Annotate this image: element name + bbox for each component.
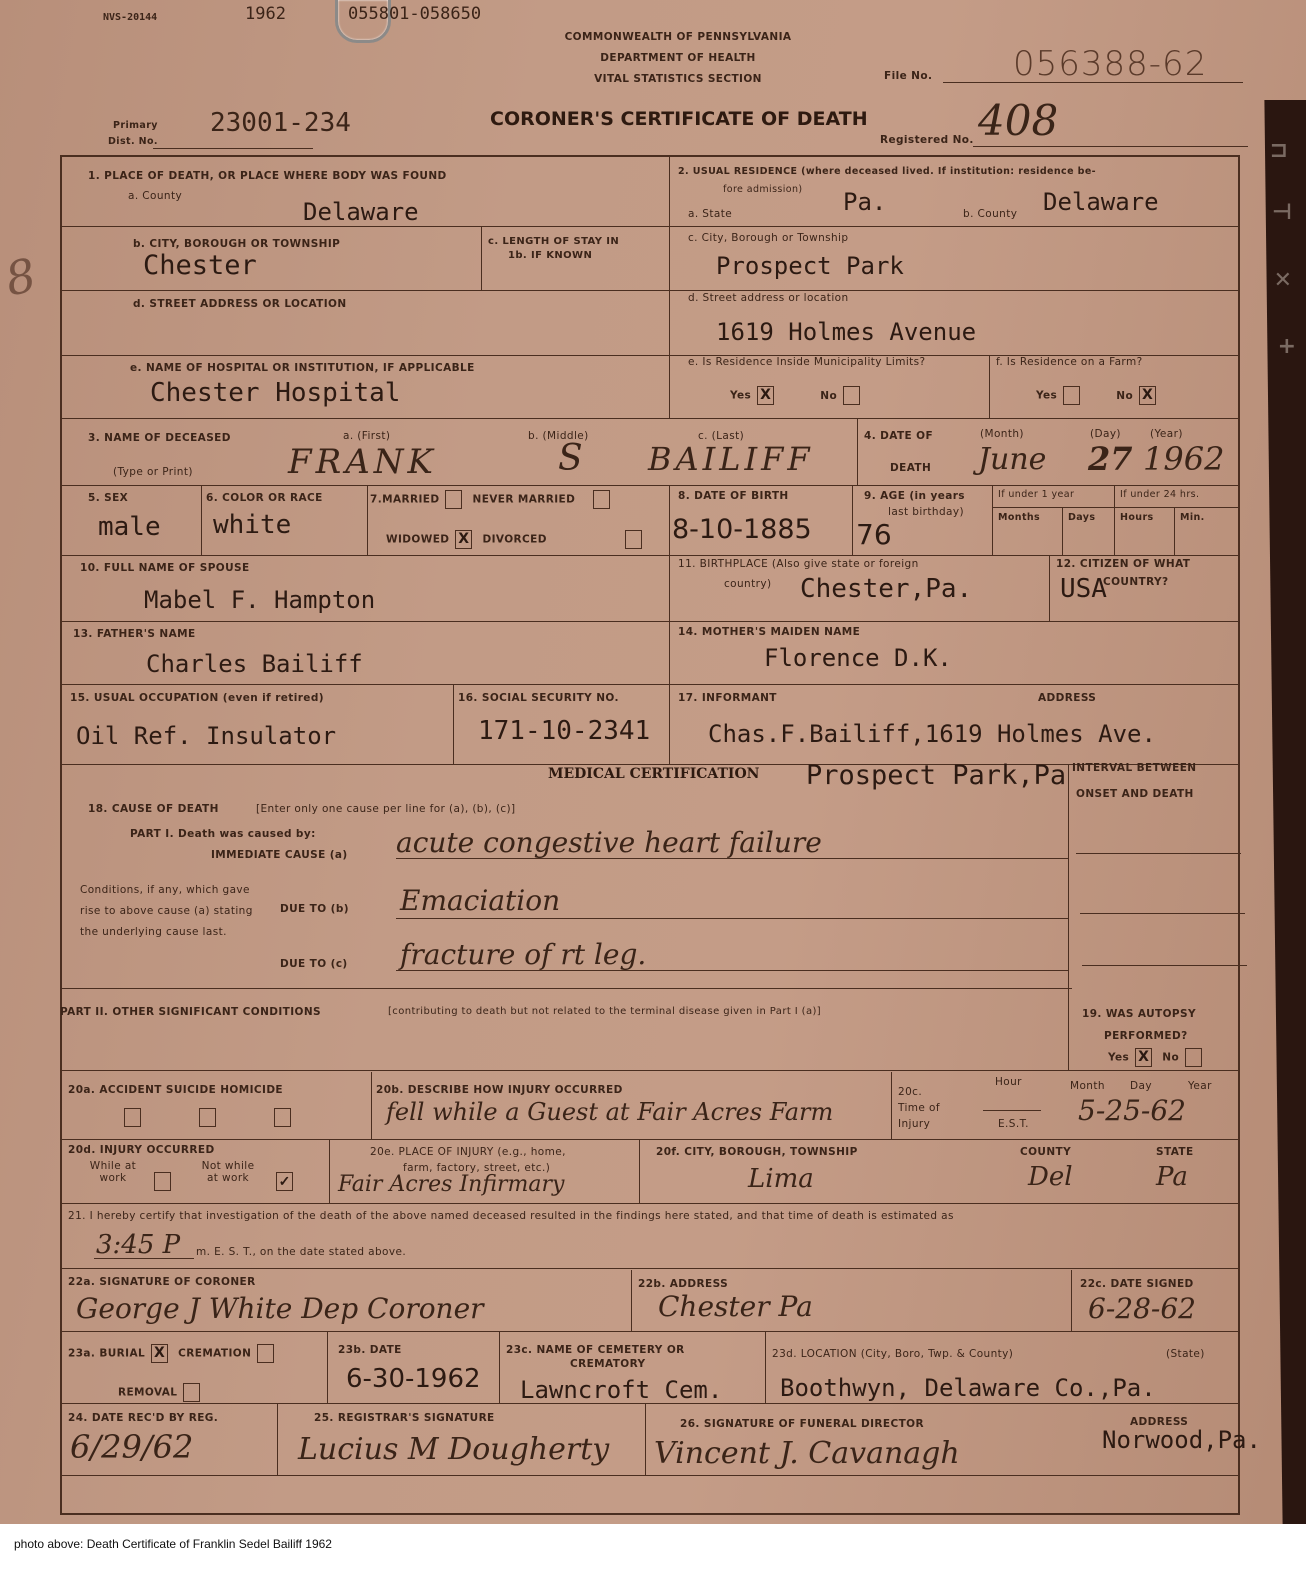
place-of-injury: Fair Acres Infirmary (338, 1172, 564, 1197)
certificate-photo: ⊐ ⊣ ✕ + 8 NVS-20144 1962 055801-058650 C… (0, 0, 1306, 1524)
date-signed: 6-28-62 (1088, 1292, 1196, 1325)
on-farm-options: Yes NoX (1036, 386, 1162, 405)
county-label: a. County (128, 190, 182, 202)
months-label: Months (998, 512, 1040, 523)
informant-line-2: Prospect Park,Pa (806, 760, 1066, 791)
part-1-label: PART I. Death was caused by: (130, 828, 316, 840)
birthplace-label-2: country) (724, 578, 771, 590)
res-county-label: b. County (963, 208, 1017, 220)
place-of-death-label: 1. PLACE OF DEATH, OR PLACE WHERE BODY W… (88, 170, 447, 182)
death-city: Chester (143, 250, 257, 281)
coroner-signature-label: 22a. SIGNATURE OF CORONER (68, 1276, 256, 1288)
injury-city-label: 20f. CITY, BOROUGH, TOWNSHIP (656, 1146, 858, 1158)
occupation-label: 15. USUAL OCCUPATION (even if retired) (70, 692, 324, 704)
coroner-address: Chester Pa (658, 1290, 813, 1323)
range-stamp: 055801-058650 (348, 4, 481, 24)
inside-limits-yes-checkbox[interactable]: X (757, 386, 774, 405)
est-label: E.S.T. (998, 1118, 1029, 1130)
cause-c: fracture of rt leg. (400, 938, 646, 971)
age: 76 (856, 518, 892, 551)
hours-label: Hours (1120, 512, 1154, 523)
never-married-checkbox[interactable] (593, 490, 610, 509)
death-year: 1962 (1143, 440, 1224, 478)
edge-mark-icon: ⊐ (1270, 138, 1288, 163)
date-of-death-label-2: DEATH (890, 462, 931, 474)
age-label-1: 9. AGE (in years (864, 490, 965, 502)
cemetery-label-1: 23c. NAME OF CEMETERY OR (506, 1344, 685, 1356)
birthplace: Chester,Pa. (800, 574, 972, 604)
under-24-hours-label: If under 24 hrs. (1120, 489, 1199, 500)
occupation: Oil Ref. Insulator (76, 722, 336, 750)
agency-line-3: VITAL STATISTICS SECTION (528, 73, 828, 85)
file-no-label: File No. (884, 70, 932, 82)
primary-dist-label-2: Dist. No. (108, 136, 158, 147)
while-at-work-label: While at work (88, 1160, 138, 1184)
due-to-b-label: DUE TO (b) (280, 903, 349, 915)
time-of-death: 3:45 P (96, 1230, 180, 1260)
accident-checkbox[interactable] (124, 1108, 141, 1127)
file-no: 056388-62 (1013, 44, 1207, 84)
marital-row-1: 7.MARRIED NEVER MARRIED (370, 490, 616, 509)
spouse: Mabel F. Hampton (144, 586, 375, 614)
autopsy-label-2: PERFORMED? (1104, 1030, 1188, 1042)
form-code: NVS-20144 (103, 12, 157, 23)
agency-line-1: COMMONWEALTH OF PENNSYLVANIA (528, 31, 828, 43)
due-to-c-label: DUE TO (c) (280, 958, 348, 970)
hour-label: Hour (995, 1076, 1022, 1088)
on-farm-no-checkbox[interactable]: X (1139, 386, 1156, 405)
not-while-at-work-label: Not while at work (198, 1160, 258, 1184)
removal-option: REMOVAL (118, 1383, 206, 1402)
father: Charles Bailiff (146, 650, 363, 678)
on-farm-yes-checkbox[interactable] (1063, 386, 1080, 405)
first-label: a. (First) (343, 430, 390, 442)
not-while-at-work-checkbox[interactable]: ✓ (276, 1172, 293, 1191)
informant: Chas.F.Bailiff,1619 Holmes Ave. (708, 720, 1156, 748)
ssn-label: 16. SOCIAL SECURITY NO. (458, 692, 619, 704)
dob-label: 8. DATE OF BIRTH (678, 490, 789, 502)
describe-label: 20b. DESCRIBE HOW INJURY OCCURRED (376, 1084, 623, 1096)
informant-label: 17. INFORMANT (678, 692, 777, 704)
cause-a: acute congestive heart failure (396, 826, 822, 859)
interval-label-1: INTERVAL BETWEEN (1072, 762, 1196, 774)
manner-options (118, 1108, 297, 1127)
res-county: Delaware (1043, 188, 1159, 216)
suicide-checkbox[interactable] (199, 1108, 216, 1127)
burial-date-label: 23b. DATE (338, 1344, 402, 1356)
autopsy-label-1: 19. WAS AUTOPSY (1082, 1008, 1196, 1020)
citizen: USA (1060, 574, 1107, 604)
birthplace-label-1: 11. BIRTHPLACE (Also give state or forei… (678, 558, 919, 570)
death-day: 27 (1088, 440, 1133, 478)
day-label: (Day) (1090, 428, 1121, 440)
funeral-director-label: 26. SIGNATURE OF FUNERAL DIRECTOR (680, 1418, 924, 1430)
res-city: Prospect Park (716, 252, 904, 280)
stay-label-2: 1b. IF KNOWN (508, 250, 592, 261)
injury-state-label: STATE (1156, 1146, 1194, 1158)
residence-label-2: fore admission) (723, 184, 803, 195)
primary-dist-no: 23001-234 (210, 108, 351, 138)
agency-line-2: DEPARTMENT OF HEALTH (528, 52, 828, 64)
burial-options: 23a. BURIALX CREMATION (68, 1344, 280, 1363)
deceased-name-label: 3. NAME OF DECEASED (88, 432, 231, 444)
page-title: CORONER'S CERTIFICATE OF DEATH (490, 108, 868, 130)
immediate-cause-label: IMMEDIATE CAUSE (a) (211, 849, 348, 861)
death-street-label: d. STREET ADDRESS OR LOCATION (133, 298, 347, 310)
res-city-label: c. City, Borough or Township (688, 232, 848, 244)
res-street: 1619 Holmes Avenue (716, 318, 976, 346)
location-state-label: (State) (1166, 1348, 1205, 1360)
hospital-label: e. NAME OF HOSPITAL OR INSTITUTION, IF A… (130, 362, 475, 374)
spouse-label: 10. FULL NAME OF SPOUSE (80, 562, 250, 574)
injury-county: Del (1028, 1162, 1073, 1192)
dob: 8-10-1885 (672, 514, 812, 545)
edge-mark-icon: + (1278, 334, 1296, 359)
days-label: Days (1068, 512, 1095, 523)
registrar-signature: Lucius M Dougherty (298, 1432, 609, 1467)
certificate-form: NVS-20144 1962 055801-058650 COMMONWEALT… (58, 0, 1268, 1524)
middle-initial: S (558, 438, 583, 479)
injury-day-label: Day (1130, 1080, 1152, 1092)
sex-label: 5. SEX (88, 492, 128, 504)
autopsy-no-checkbox[interactable] (1185, 1048, 1202, 1067)
coroner-signature: George J White Dep Coroner (76, 1292, 484, 1325)
time-suffix: m. E. S. T., on the date stated above. (196, 1246, 406, 1258)
primary-dist-label-1: Primary (113, 120, 158, 131)
burial-date: 6-30-1962 (346, 1364, 481, 1394)
part-2-label: PART II. OTHER SIGNIFICANT CONDITIONS (60, 1006, 321, 1018)
autopsy-yes-checkbox[interactable]: X (1135, 1048, 1152, 1067)
race-label: 6. COLOR OR RACE (206, 492, 323, 504)
registered-no: 408 (978, 96, 1058, 145)
time-of-injury-label: 20c. Time of Injury (898, 1084, 948, 1132)
edge-mark-icon: ✕ (1274, 268, 1292, 293)
residence-label: 2. USUAL RESIDENCE (where deceased lived… (678, 166, 1096, 177)
stay-label-1: c. LENGTH OF STAY IN (488, 236, 619, 247)
last-name: BAILIFF (648, 440, 814, 478)
inside-limits-options: YesX No (730, 386, 866, 405)
race: white (213, 510, 291, 540)
under-1-year-label: If under 1 year (998, 489, 1074, 500)
on-farm-label: f. Is Residence on a Farm? (996, 356, 1143, 368)
location-label: 23d. LOCATION (City, Boro, Twp. & County… (772, 1348, 1013, 1360)
autopsy-options: YesX No (1108, 1048, 1208, 1067)
death-city-label: b. CITY, BOROUGH OR TOWNSHIP (133, 238, 340, 250)
informant-address-label: ADDRESS (1038, 692, 1096, 704)
cremation-checkbox[interactable] (257, 1344, 274, 1363)
cemetery: Lawncroft Cem. (520, 1376, 722, 1404)
father-label: 13. FATHER'S NAME (73, 628, 196, 640)
month-label: (Month) (980, 428, 1024, 440)
year-stamp: 1962 (245, 4, 286, 24)
res-street-label: d. Street address or location (688, 292, 849, 304)
injury-county-label: COUNTY (1020, 1146, 1071, 1158)
citizen-label-2: COUNTRY? (1103, 576, 1169, 588)
injury-date: 5-25-62 (1078, 1094, 1186, 1127)
burial-checkbox[interactable]: X (151, 1344, 168, 1363)
burial-location: Boothwyn, Delaware Co.,Pa. (780, 1374, 1156, 1402)
date-of-death-label-1: 4. DATE OF (864, 430, 933, 442)
cause-b: Emaciation (400, 884, 560, 917)
removal-checkbox[interactable] (183, 1383, 200, 1402)
manner-label: 20a. ACCIDENT SUICIDE HOMICIDE (68, 1084, 283, 1096)
registrar-signature-label: 25. REGISTRAR'S SIGNATURE (314, 1412, 495, 1424)
first-name: FRANK (288, 442, 437, 482)
date-received: 6/29/62 (70, 1428, 193, 1466)
place-of-injury-label-1: 20e. PLACE OF INJURY (e.g., home, (370, 1146, 566, 1158)
year-label: (Year) (1150, 428, 1183, 440)
sex: male (98, 512, 161, 542)
edge-mark-icon: ⊣ (1272, 200, 1292, 225)
age-label-2: last birthday) (888, 506, 964, 518)
photo-caption: photo above: Death Certificate of Frankl… (14, 1537, 332, 1551)
homicide-checkbox[interactable] (274, 1108, 291, 1127)
death-month: June (978, 442, 1046, 477)
widowed-checkbox[interactable]: X (455, 530, 472, 549)
cause-instruction: [Enter only one cause per line for (a), … (256, 803, 516, 815)
mother-label: 14. MOTHER'S MAIDEN NAME (678, 626, 860, 638)
married-checkbox[interactable] (445, 490, 462, 509)
medical-certification-title: MEDICAL CERTIFICATION (548, 766, 759, 782)
res-state-label: a. State (688, 208, 732, 220)
injury-occurred-label: 20d. INJURY OCCURRED (68, 1144, 215, 1156)
ssn: 171-10-2341 (478, 716, 650, 746)
cemetery-label-2: CREMATORY (570, 1358, 646, 1370)
hospital-name: Chester Hospital (150, 378, 400, 408)
inside-limits-label: e. Is Residence Inside Municipality Limi… (688, 356, 926, 368)
injury-city: Lima (748, 1164, 814, 1194)
type-or-print-label: (Type or Print) (113, 466, 193, 478)
death-county: Delaware (303, 198, 419, 226)
injury-description: fell while a Guest at Fair Acres Farm (386, 1098, 833, 1126)
citizen-label-1: 12. CITIZEN OF WHAT (1056, 558, 1190, 570)
margin-scribble: 8 (1, 248, 41, 307)
coroner-address-label: 22b. ADDRESS (638, 1278, 728, 1290)
funeral-director-signature: Vincent J. Cavanagh (654, 1436, 960, 1471)
conditions-note: Conditions, if any, which gave rise to a… (80, 880, 260, 943)
part-2-instruction: [contributing to death but not related t… (388, 1006, 821, 1017)
date-received-label: 24. DATE REC'D BY REG. (68, 1412, 218, 1424)
divorced-checkbox[interactable] (625, 530, 642, 549)
date-signed-label: 22c. DATE SIGNED (1080, 1278, 1194, 1290)
funeral-address: Norwood,Pa. (1102, 1426, 1261, 1454)
mother: Florence D.K. (764, 644, 952, 672)
injury-state: Pa (1156, 1162, 1188, 1192)
certification-statement: 21. I hereby certify that investigation … (68, 1210, 954, 1222)
inside-limits-no-checkbox[interactable] (843, 386, 860, 405)
injury-year-label: Year (1188, 1080, 1212, 1092)
injury-month-label: Month (1070, 1080, 1105, 1092)
while-at-work-checkbox[interactable] (154, 1172, 171, 1191)
registered-no-label: Registered No. (880, 134, 974, 146)
interval-label-2: ONSET AND DEATH (1076, 788, 1194, 800)
marital-row-2: WIDOWEDX DIVORCED (386, 530, 648, 549)
min-label: Min. (1180, 512, 1205, 523)
cause-of-death-label: 18. CAUSE OF DEATH (88, 803, 219, 815)
res-state: Pa. (843, 188, 886, 216)
